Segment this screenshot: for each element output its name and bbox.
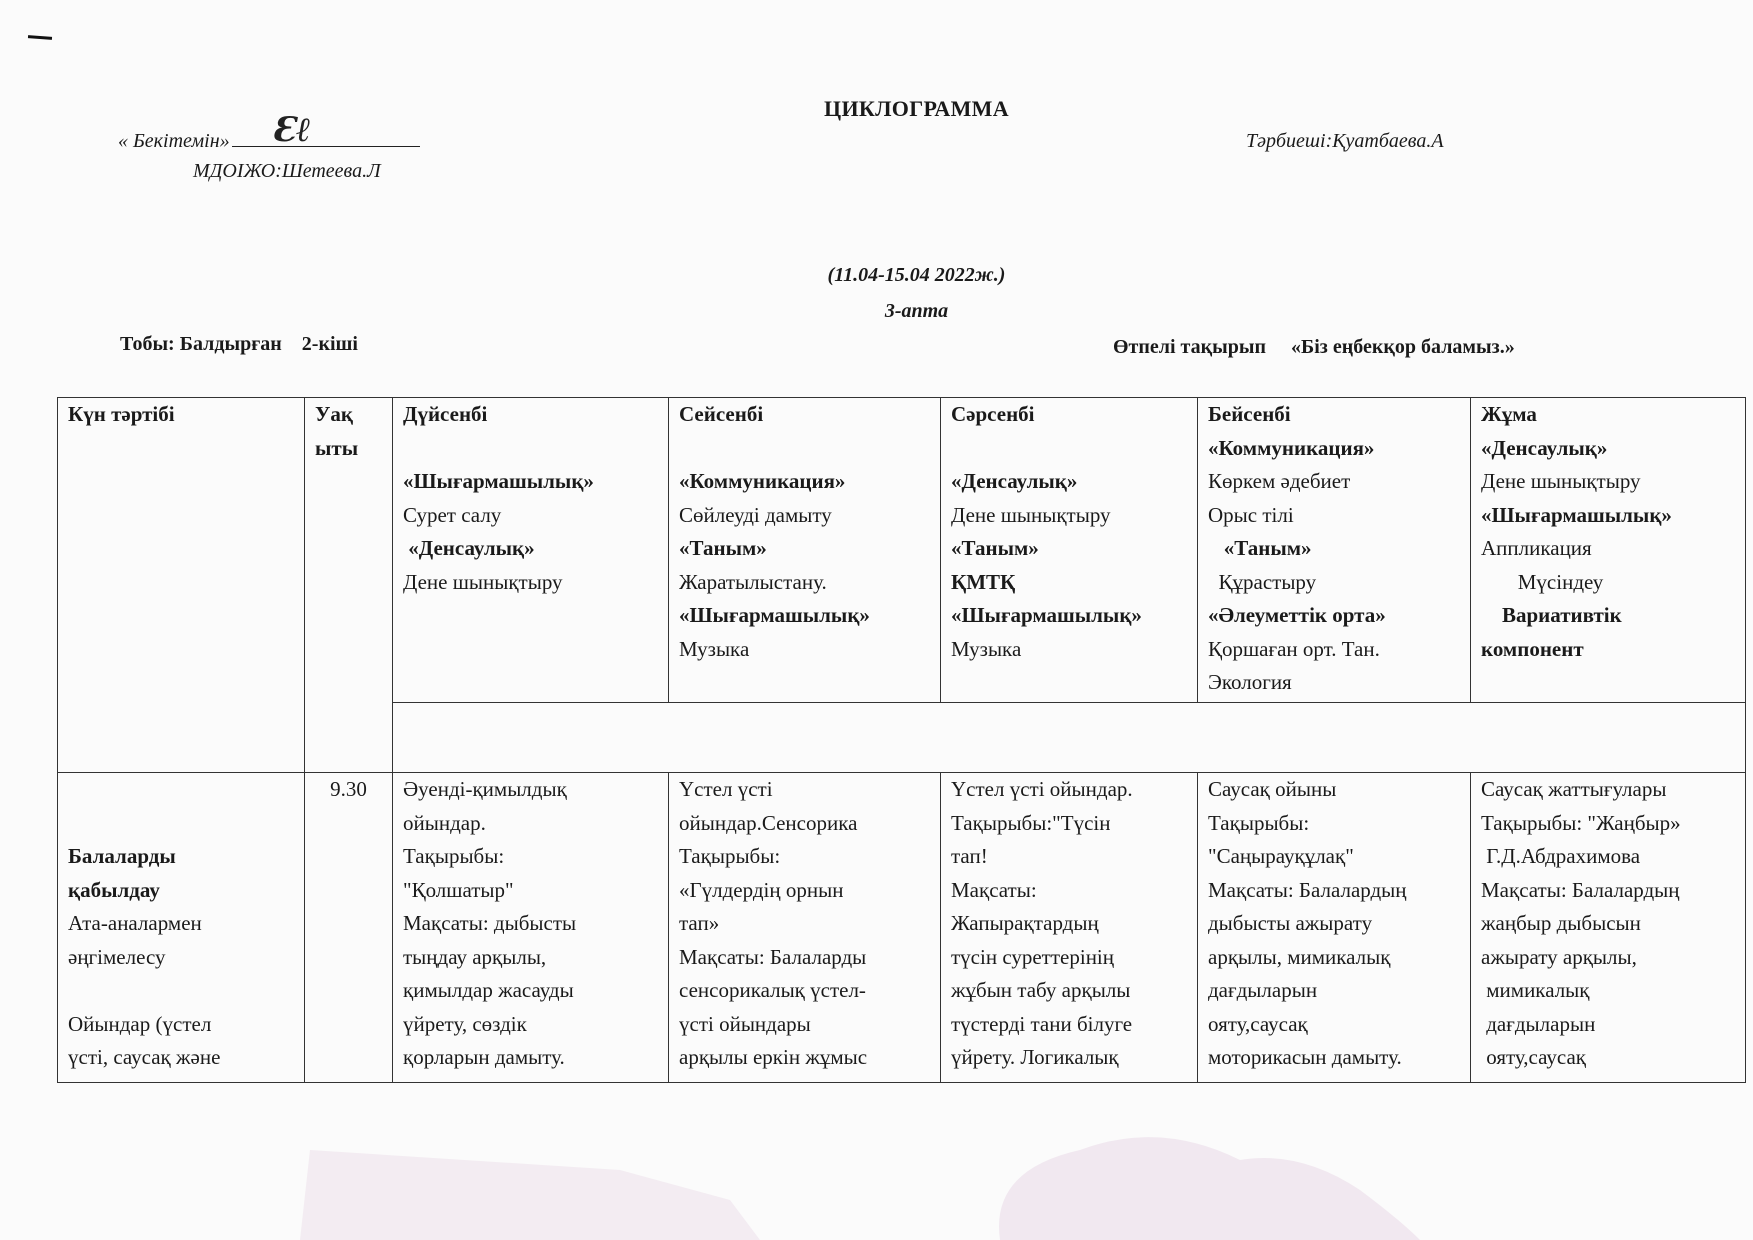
subject-line: «Шығармашылық» — [403, 465, 660, 499]
subject-line: Сөйлеуді дамыту — [679, 499, 932, 533]
subject-line: Құрастыру — [1208, 566, 1462, 600]
reception-wednesday: Үстел үсті ойындар.Тақырыбы:"Түсінтап!Ма… — [941, 773, 1198, 1083]
subject-line: «Әлеуметтік орта» — [1208, 599, 1462, 633]
subject-line: Экология — [1208, 666, 1462, 700]
activity-line: тап» — [679, 907, 932, 941]
reception-monday: Әуенді-қимылдықойындар.Тақырыбы:"Қолшаты… — [393, 773, 669, 1083]
activity-line: сенсорикалық үстел- — [679, 974, 932, 1008]
activity-line: Үстел үсті ойындар. — [951, 773, 1189, 807]
subject-line: «Шығармашылық» — [1481, 499, 1737, 533]
activity-line: тыңдау арқылы, — [403, 941, 660, 975]
subject-line: «Денсаулық» — [951, 465, 1189, 499]
activity-line: Мақсаты: Балалардың — [1208, 874, 1462, 908]
activity-line: қимылдар жасауды — [403, 974, 660, 1008]
subject-line: «Коммуникация» — [1208, 432, 1462, 466]
day-name: Дүйсенбі — [403, 398, 660, 432]
activity-line: Тақырыбы: — [679, 840, 932, 874]
subject-line: Дене шынықтыру — [951, 499, 1189, 533]
subject-line: «Шығармашылық» — [951, 599, 1189, 633]
subject-line — [403, 432, 660, 466]
subject-line: «Шығармашылық» — [679, 599, 932, 633]
approval-block: « Бекітемін»Ԑℓ — [118, 128, 420, 153]
routine-line: үсті, саусақ және — [68, 1041, 296, 1075]
activity-line: Тақырыбы: "Жаңбыр» — [1481, 807, 1737, 841]
activity-line: Тақырыбы: — [403, 840, 660, 874]
activity-line: үйрету. Логикалық — [951, 1041, 1189, 1075]
activity-line: жұбын табу арқылы — [951, 974, 1189, 1008]
activity-line: «Гүлдердің орнын — [679, 874, 932, 908]
day-friday: Жұма«Денсаулық»Дене шынықтыру«Шығармашыл… — [1471, 398, 1746, 703]
activity-line: Мақсаты: дыбысты — [403, 907, 660, 941]
activity-line: "Қолшатыр" — [403, 874, 660, 908]
day-name: Сейсенбі — [679, 398, 932, 432]
activity-line: Мақсаты: Балалардың — [1481, 874, 1737, 908]
reception-routine-cell: БалалардықабылдауАта-аналарменәңгімелесу… — [58, 773, 305, 1083]
activity-line: Үстел үсті — [679, 773, 932, 807]
subject-line: Мүсіндеу — [1481, 566, 1737, 600]
activity-line: ояту,саусақ — [1208, 1008, 1462, 1042]
activity-line: Мақсаты: — [951, 874, 1189, 908]
subject-line: Сурет салу — [403, 499, 660, 533]
routine-header-label: Күн тәртібі — [68, 402, 175, 426]
activity-line: түстерді тани білуге — [951, 1008, 1189, 1042]
subject-line: Қоршаған орт. Тан. — [1208, 633, 1462, 667]
subject-line: Аппликация — [1481, 532, 1737, 566]
routine-line: Балаларды — [68, 840, 296, 874]
activity-line: арқылы, мимикалық — [1208, 941, 1462, 975]
time-header-line: ыты — [315, 432, 384, 466]
routine-line — [68, 974, 296, 1008]
activity-line: ояту,саусақ — [1481, 1041, 1737, 1075]
week-label: 3-апта — [0, 300, 1753, 323]
routine-line — [68, 773, 296, 807]
activity-line: қорларын дамыту. — [403, 1041, 660, 1075]
reception-thursday: Саусақ ойыныТақырыбы:"Саңырауқұлақ"Мақса… — [1198, 773, 1471, 1083]
subject-line: «Таным» — [1208, 532, 1462, 566]
activity-line: түсін суреттерінің — [951, 941, 1189, 975]
subject-line: «Денсаулық» — [403, 532, 660, 566]
approval-label: « Бекітемін» — [118, 130, 230, 152]
day-name: Бейсенбі — [1208, 398, 1462, 432]
header-row: Күн тәртібі Уақ ыты Дүйсенбі«Шығармашылы… — [58, 398, 1746, 703]
routine-line: әңгімелесу — [68, 941, 296, 975]
theme-label: Өтпелі тақырып «Біз еңбекқор баламыз.» — [1113, 336, 1515, 359]
activity-line: "Саңырауқұлақ" — [1208, 840, 1462, 874]
director-name: МДОІЖО:Шетеева.Л — [193, 160, 381, 183]
time-header-line: Уақ — [315, 398, 384, 432]
activity-line: жаңбыр дыбысын — [1481, 907, 1737, 941]
subject-line: «Таным» — [951, 532, 1189, 566]
time-header: Уақ ыты — [305, 398, 393, 773]
subject-line — [679, 432, 932, 466]
day-name: Сәрсенбі — [951, 398, 1189, 432]
subject-line: Музыка — [679, 633, 932, 667]
reception-time-cell: 9.30 — [305, 773, 393, 1083]
activity-line: үйрету, сөздік — [403, 1008, 660, 1042]
routine-line: қабылдау — [68, 874, 296, 908]
reception-row: БалалардықабылдауАта-аналарменәңгімелесу… — [58, 773, 1746, 1083]
day-monday: Дүйсенбі«Шығармашылық»Сурет салу «Денсау… — [393, 398, 669, 703]
subject-line: Көркем әдебиет — [1208, 465, 1462, 499]
subject-line: «Таным» — [679, 532, 932, 566]
group-label: Тобы: Балдырған 2-кіші — [120, 333, 358, 356]
activity-line: моторикасын дамыту. — [1208, 1041, 1462, 1075]
subject-line: «Коммуникация» — [679, 465, 932, 499]
activity-line: Тақырыбы:"Түсін — [951, 807, 1189, 841]
subject-line: Дене шынықтыру — [1481, 465, 1737, 499]
reception-time: 9.30 — [330, 777, 367, 801]
activity-line: Саусақ ойыны — [1208, 773, 1462, 807]
routine-line: Ата-аналармен — [68, 907, 296, 941]
signature-icon: Ԑℓ — [272, 110, 311, 150]
cyclogram-table: Күн тәртібі Уақ ыты Дүйсенбі«Шығармашылы… — [57, 397, 1746, 1083]
day-name: Жұма — [1481, 398, 1737, 432]
activity-line: ойындар.Сенсорика — [679, 807, 932, 841]
activity-line: дағдыларын — [1481, 1008, 1737, 1042]
subject-line: «Денсаулық» — [1481, 432, 1737, 466]
signature-line: Ԑℓ — [232, 128, 420, 147]
activity-line: Г.Д.Абдрахимова — [1481, 840, 1737, 874]
subject-line: Вариативтік — [1481, 599, 1737, 633]
day-thursday: Бейсенбі«Коммуникация»Көркем әдебиетОрыс… — [1198, 398, 1471, 703]
activity-line: арқылы еркін жұмыс — [679, 1041, 932, 1075]
activity-line: ажырату арқылы, — [1481, 941, 1737, 975]
activity-line: дағдыларын — [1208, 974, 1462, 1008]
document-title: ЦИКЛОГРАММА — [0, 96, 1753, 122]
activity-line: дыбысты ажырату — [1208, 907, 1462, 941]
pen-mark — [28, 35, 52, 40]
routine-line: Ойындар (үстел — [68, 1008, 296, 1042]
date-range: (11.04-15.04 2022ж.) — [0, 264, 1753, 287]
reception-tuesday: Үстел үстіойындар.СенсорикаТақырыбы:«Гүл… — [669, 773, 941, 1083]
activity-line: Саусақ жаттығулары — [1481, 773, 1737, 807]
activity-line: Әуенді-қимылдық — [403, 773, 660, 807]
scan-stain — [300, 1130, 1740, 1240]
reception-friday: Саусақ жаттығуларыТақырыбы: "Жаңбыр» Г.Д… — [1471, 773, 1746, 1083]
routine-header: Күн тәртібі — [58, 398, 305, 773]
subject-line: Дене шынықтыру — [403, 566, 660, 600]
routine-line — [68, 807, 296, 841]
day-wednesday: Сәрсенбі«Денсаулық»Дене шынықтыру«Таным»… — [941, 398, 1198, 703]
subject-line: компонент — [1481, 633, 1737, 667]
subject-line — [951, 432, 1189, 466]
empty-cell — [393, 703, 1746, 773]
subject-line: Жаратылыстану. — [679, 566, 932, 600]
subject-line: Музыка — [951, 633, 1189, 667]
activity-line: ойындар. — [403, 807, 660, 841]
activity-line: Тақырыбы: — [1208, 807, 1462, 841]
activity-line: Мақсаты: Балаларды — [679, 941, 932, 975]
activity-line: Жапырақтардың — [951, 907, 1189, 941]
activity-line: мимикалық — [1481, 974, 1737, 1008]
subject-line: ҚМТҚ — [951, 566, 1189, 600]
teacher-name: Тәрбиеші:Қуатбаева.А — [1246, 130, 1444, 153]
activity-line: үсті ойындары — [679, 1008, 932, 1042]
day-tuesday: Сейсенбі«Коммуникация»Сөйлеуді дамыту«Та… — [669, 398, 941, 703]
subject-line: Орыс тілі — [1208, 499, 1462, 533]
activity-line: тап! — [951, 840, 1189, 874]
